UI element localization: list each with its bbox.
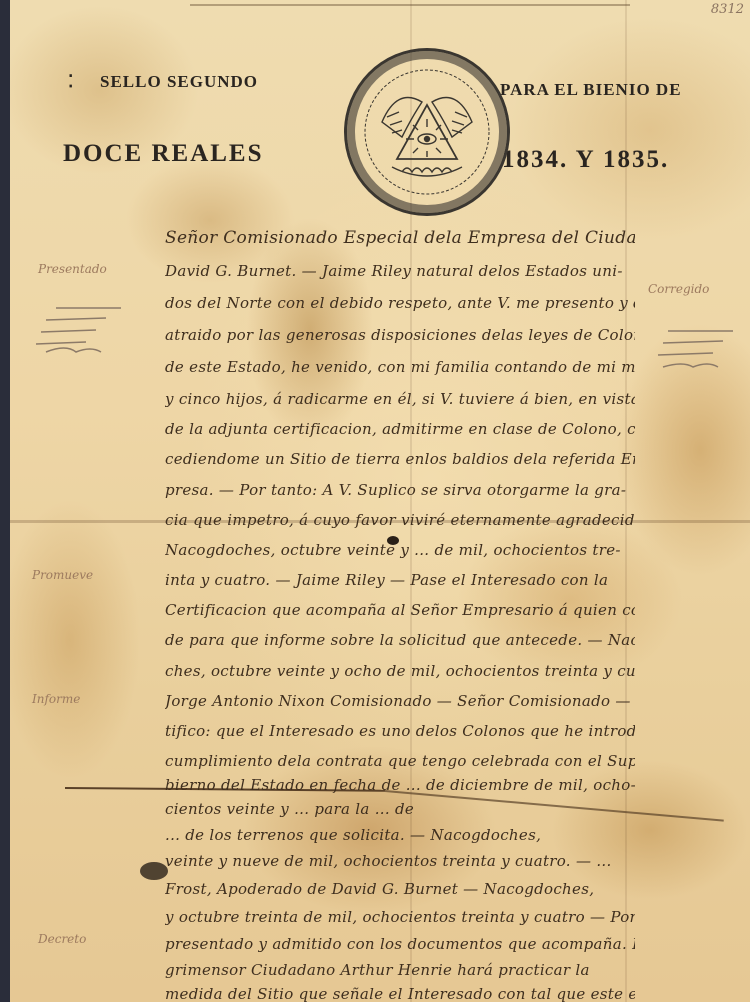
stamp-bienio: PARA EL BIENIO DE xyxy=(500,80,682,100)
body-line-7: de la adjunta certificacion, admitirme e… xyxy=(165,420,635,438)
body-line-15: ches, octubre veinte y ocho de mil, ocho… xyxy=(165,662,635,680)
body-line-18: cumplimiento dela contrata que tengo cel… xyxy=(165,752,635,770)
margin-flourish-left-icon xyxy=(26,300,136,360)
body-line-22: veinte y nueve de mil, ochocientos trein… xyxy=(165,852,635,870)
body-line-19: bierno del Estado en fecha de ... de dic… xyxy=(165,776,635,794)
margin-note-decreto: Decreto xyxy=(38,932,86,946)
top-edge-crease xyxy=(190,4,630,6)
body-line-11: Nacogdoches, octubre veinte y ... de mil… xyxy=(165,541,635,559)
document-page: 8312 ⁚ SELLO SEGUNDO DOCE REALES PARA EL… xyxy=(10,0,750,1002)
body-line-8: cediendome un Sitio de tierra enlos bald… xyxy=(165,450,635,468)
body-line-20: cientos veinte y ... para la ... de xyxy=(165,800,635,818)
eagle-eye-emblem-icon xyxy=(362,67,492,197)
body-line-26: grimensor Ciudadano Arthur Henrie hará p… xyxy=(165,961,635,979)
body-line-24: y octubre treinta de mil, ochocientos tr… xyxy=(165,908,635,926)
body-line-10: cia que impetro, á cuyo favor viviré ete… xyxy=(165,511,635,529)
body-line-12: inta y cuatro. — Jaime Riley — Pase el I… xyxy=(165,571,635,589)
body-line-5: de este Estado, he venido, con mi famili… xyxy=(165,358,635,376)
stamp-dots: ⁚ xyxy=(68,72,74,92)
body-line-3: dos del Norte con el debido respeto, ant… xyxy=(165,294,635,312)
margin-note-informe: Informe xyxy=(32,692,80,706)
body-line-9: presa. — Por tanto: A V. Suplico se sirv… xyxy=(165,481,635,499)
body-line-16: Jorge Antonio Nixon Comisionado — Señor … xyxy=(165,692,635,710)
body-line-6: y cinco hijos, á radicarme en él, si V. … xyxy=(165,390,635,408)
body-line-21: ... de los terrenos que solicita. — Naco… xyxy=(165,826,635,844)
ink-blot xyxy=(140,862,168,880)
body-line-13: Certificacion que acompaña al Señor Empr… xyxy=(165,601,635,619)
body-line-27: medida del Sitio que señale el Interesad… xyxy=(165,985,635,1002)
body-line-1: Señor Comisionado Especial dela Empresa … xyxy=(165,228,635,248)
body-line-4: atraido por las generosas disposiciones … xyxy=(165,326,635,344)
body-line-17: tifico: que el Interesado es uno delos C… xyxy=(165,722,635,740)
body-line-14: de para que informe sobre la solicitud q… xyxy=(165,631,635,649)
stamp-sello-segundo: SELLO SEGUNDO xyxy=(100,72,258,92)
body-line-23: Frost, Apoderado de David G. Burnet — Na… xyxy=(165,880,635,898)
margin-note-promueve: Promueve xyxy=(32,568,93,582)
margin-note-presentado: Presentado xyxy=(38,262,107,276)
margin-flourish-right-icon xyxy=(648,325,748,380)
body-line-25: presentado y admitido con los documentos… xyxy=(165,935,635,953)
margin-note-corregido: Corregido xyxy=(648,282,709,296)
stamp-years: 1834. Y 1835. xyxy=(502,146,669,174)
body-line-2: David G. Burnet. — Jaime Riley natural d… xyxy=(165,262,635,280)
national-seal-icon xyxy=(344,48,510,216)
paper-hole xyxy=(387,536,399,545)
serial-number: 8312 xyxy=(711,2,744,17)
stamp-doce-reales: DOCE REALES xyxy=(63,140,264,168)
